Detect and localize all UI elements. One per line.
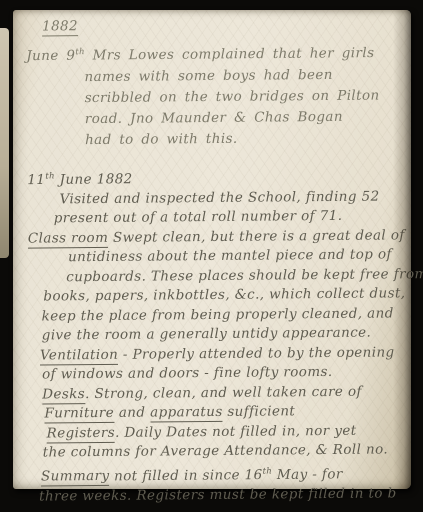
underlined-text: Summary: [41, 468, 110, 487]
text-segment: names with some boys had been: [84, 66, 333, 84]
manuscript-line: Desks. Strong, clean, and well taken car…: [29, 382, 398, 405]
logbook-page: 1882June 9th Mrs Lowes complained that h…: [13, 10, 411, 489]
manuscript-line: road. Jno Maunder & Chas Bogan: [27, 106, 396, 130]
photo-background: 1882June 9th Mrs Lowes complained that h…: [0, 0, 423, 512]
underlined-text: apparatus: [150, 404, 223, 423]
text-segment: road. Jno Maunder & Chas Bogan: [85, 108, 343, 126]
text-segment: sufficient: [223, 403, 296, 420]
text-segment: - Properly attended to by the opening: [118, 344, 395, 362]
text-segment: untidiness about the mantel piece and to…: [68, 246, 392, 265]
text-segment: June 1882: [55, 171, 133, 188]
text-segment: th: [75, 46, 85, 56]
manuscript-line: the columns for Average Attendance, & Ro…: [30, 440, 399, 463]
manuscript-line: 11th June 1882: [27, 163, 396, 190]
text-segment: Mrs Lowes complained that her girls: [85, 45, 375, 64]
manuscript-line: scribbled on the two bridges on Pilton: [27, 85, 396, 109]
manuscript-line: untidiness about the mantel piece and to…: [28, 245, 397, 268]
manuscript-line: present out of a total roll number of 71…: [28, 206, 397, 229]
underlined-text: Furniture: [44, 405, 114, 424]
text-segment: books, papers, inkbottles, &c., which co…: [43, 285, 405, 304]
text-segment: give the room a generally untidy appeara…: [42, 325, 372, 344]
underlined-text: 1882: [42, 18, 78, 36]
underlined-text: Ventilation: [40, 346, 118, 365]
text-segment: th: [263, 465, 273, 475]
text-segment: Swept clean, but there is a great deal o…: [108, 227, 405, 246]
text-segment: Visited and inspected the School, findin…: [59, 188, 379, 207]
manuscript-line: Summary not filled in since 16th May - f…: [30, 460, 399, 487]
manuscript-line: 1882: [26, 13, 395, 37]
text-segment: present out of a total roll number of 71…: [54, 208, 343, 227]
manuscript-line: Ventilation - Properly attended to by th…: [29, 343, 398, 366]
text-segment: and: [114, 405, 150, 421]
opposite-page-edge: [0, 28, 9, 258]
underlined-text: Desks: [42, 386, 85, 404]
text-segment: not filled in since 16: [109, 467, 262, 484]
text-segment: 11: [27, 171, 45, 187]
text-segment: scribbled on the two bridges on Pilton: [85, 87, 380, 106]
text-segment: had to do with this.: [85, 130, 238, 147]
text-segment: . Daily Dates not filled in, nor yet: [115, 422, 357, 440]
text-segment: June 9: [26, 48, 75, 64]
manuscript-line: had to do with this.: [27, 127, 396, 151]
underlined-text: Registers: [47, 424, 116, 443]
text-segment: of windows and doors - fine lofty rooms.: [42, 364, 333, 383]
manuscript-line: books, papers, inkbottles, &c., which co…: [28, 284, 397, 307]
underlined-text: Class room: [28, 229, 109, 248]
text-segment: th: [45, 170, 55, 180]
manuscript-line: three weeks. Registers must be kept fill…: [30, 484, 399, 507]
text-segment: keep the place from being properly clean…: [41, 305, 393, 324]
text-segment: cupboards. These places should be kept f…: [66, 266, 423, 285]
text-segment: three weeks. Registers must be kept fill…: [39, 485, 397, 504]
manuscript-lines: 1882June 9th Mrs Lowes complained that h…: [26, 13, 399, 486]
manuscript-line: give the room a generally untidy appeara…: [29, 323, 398, 346]
manuscript-line: June 9th Mrs Lowes complained that her g…: [26, 38, 395, 67]
text-segment: the columns for Average Attendance, & Ro…: [43, 441, 388, 460]
text-segment: May - for: [272, 466, 343, 483]
text-segment: . Strong, clean, and well taken care of: [85, 383, 362, 401]
